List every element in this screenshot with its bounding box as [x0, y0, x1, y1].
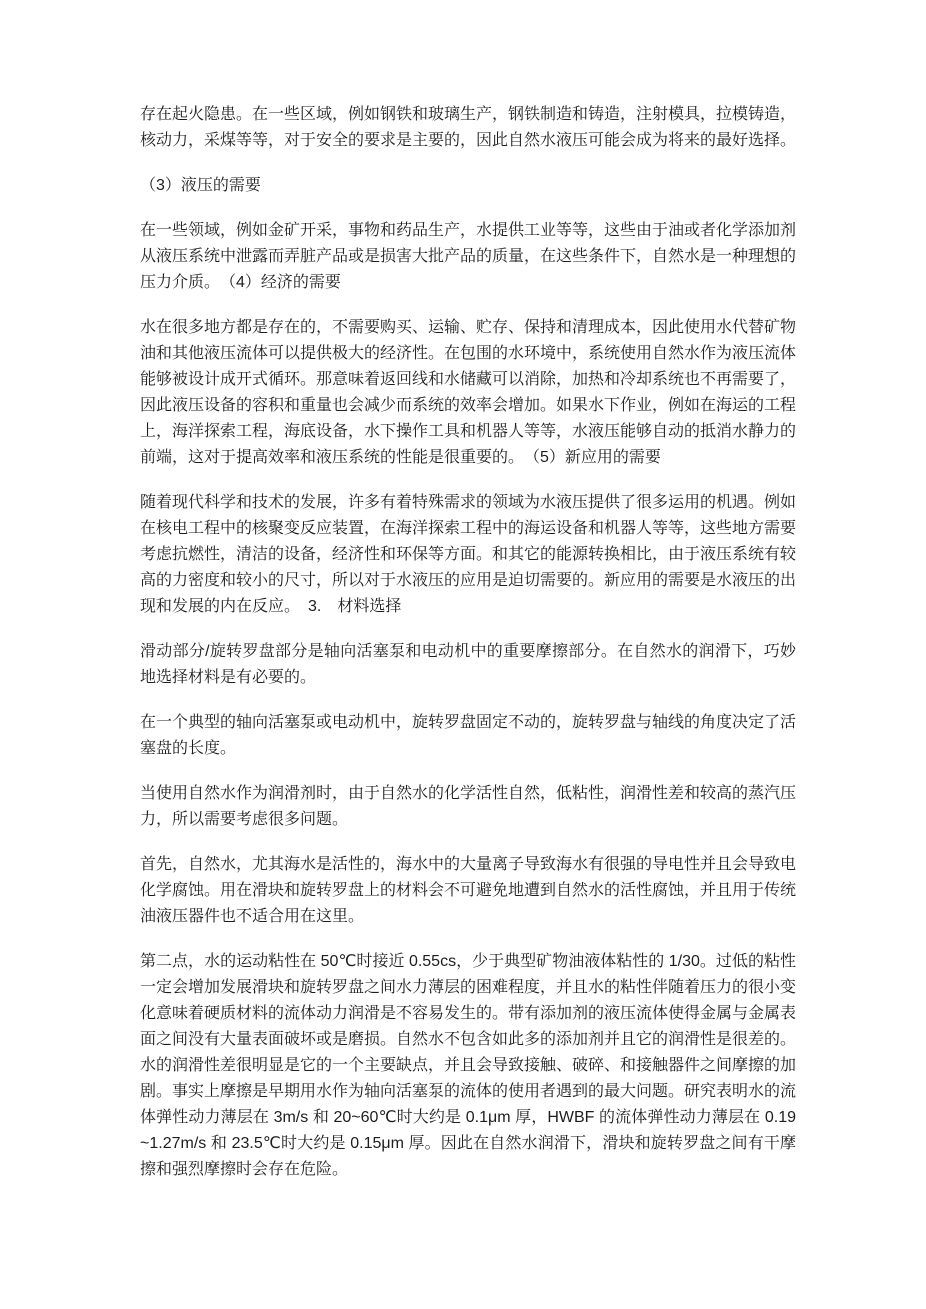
paragraph-economic-need: 水在很多地方都是存在的，不需要购买、运输、贮存、保持和清理成本，因此使用水代替矿… — [140, 315, 796, 471]
document-text-body: 存在起火隐患。在一些区域，例如钢铁和玻璃生产，钢铁制造和铸造，注射模具，拉模铸造… — [140, 102, 796, 1183]
paragraph-seawater-corrosion: 首先，自然水，尤其海水是活性的，海水中的大量离子导致海水有很强的导电性并且会导致… — [140, 852, 796, 930]
paragraph-new-application-need: 随着现代科学和技术的发展，许多有着特殊需求的领域为水液压提供了很多运用的机遇。例… — [140, 490, 796, 620]
paragraph-continuation-fire-hazard: 存在起火隐患。在一些区域，例如钢铁和玻璃生产，钢铁制造和铸造，注射模具，拉模铸造… — [140, 102, 796, 154]
paragraph-industry-fields: 在一些领域，例如金矿开采，事物和药品生产，水提供工业等等，这些由于油或者化学添加… — [140, 218, 796, 296]
paragraph-water-lubricant-issues: 当使用自然水作为润滑剂时，由于自然水的化学活性自然，低粘性，润滑性差和较高的蒸汽… — [140, 781, 796, 833]
paragraph-viscosity-lubrication: 第二点，水的运动粘性在 50℃时接近 0.55cs，少于典型矿物油液体粘性的 1… — [140, 949, 796, 1183]
document-page: 存在起火隐患。在一些区域，例如钢铁和玻璃生产，钢铁制造和铸造，注射模具，拉模铸造… — [0, 0, 926, 1309]
heading-3-hydraulic-need: （3）液压的需要 — [140, 173, 796, 199]
paragraph-sliding-parts: 滑动部分/旋转罗盘部分是轴向活塞泵和电动机中的重要摩擦部分。在自然水的润滑下，巧… — [140, 639, 796, 691]
paragraph-axial-piston-pump: 在一个典型的轴向活塞泵或电动机中，旋转罗盘固定不动的，旋转罗盘与轴线的角度决定了… — [140, 710, 796, 762]
